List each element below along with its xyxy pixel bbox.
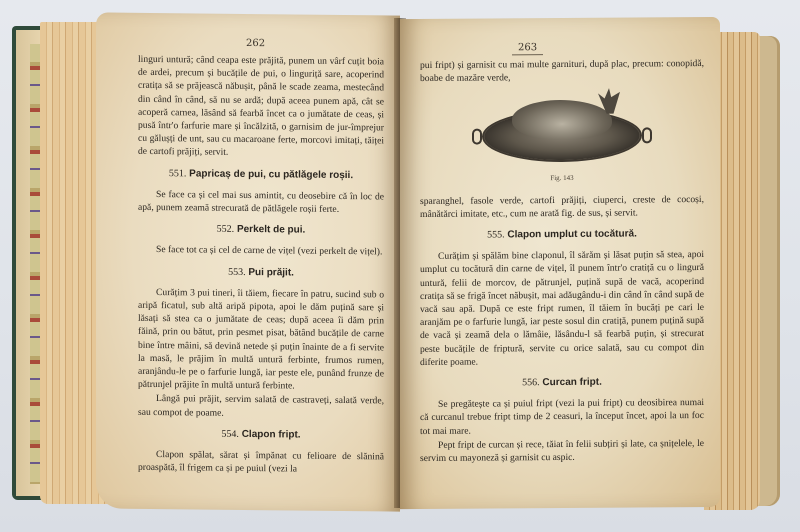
- roast-capon-illustration-icon: [472, 88, 652, 171]
- roast-bird: [512, 100, 612, 141]
- paragraph: Se pregătește ca și puiul fript (vezi la…: [420, 396, 704, 438]
- paragraph: linguri untură; când ceapa este prăjită,…: [138, 53, 384, 161]
- recipe-heading-554: 554. Clapon fript.: [138, 427, 384, 443]
- recipe-heading-555: 555. Clapon umplut cu tocătură.: [420, 227, 704, 242]
- recipe-heading-551: 551. Papricaș de pui, cu pătlăgele roșii…: [138, 166, 384, 182]
- paragraph: pui fript) și garnisit cu mai multe garn…: [420, 57, 704, 85]
- recipe-number: 555.: [487, 229, 505, 240]
- open-book-photo: 262 linguri untură; când ceapa este prăj…: [0, 0, 800, 532]
- platter-handle-right: [642, 128, 652, 144]
- right-page-text: pui fript) și garnisit cu mai multe garn…: [420, 57, 704, 466]
- recipe-number: 552.: [217, 224, 235, 235]
- paragraph: Curățim și spălăm bine claponul, îl sără…: [420, 248, 704, 369]
- recipe-number: 553.: [228, 266, 246, 277]
- recipe-title: Clapon fript.: [242, 429, 301, 441]
- paragraph: Clapon spălat, sărat și împănat cu felio…: [138, 448, 384, 477]
- recipe-heading-556: 556. Curcan fript.: [420, 375, 704, 390]
- recipe-heading-552: 552. Perkelt de pui.: [138, 222, 384, 238]
- recipe-title: Papricaș de pui, cu pătlăgele roșii.: [189, 168, 353, 181]
- left-page-text: linguri untură; când ceapa este prăjită,…: [138, 53, 384, 478]
- paragraph: Lângă pui prăjit, servim salată de castr…: [138, 392, 384, 421]
- platter-handle-left: [472, 129, 482, 145]
- recipe-number: 551.: [169, 168, 187, 179]
- left-page: 262 linguri untură; când ceapa este prăj…: [96, 12, 400, 511]
- paragraph: sparanghel, fasole verde, cartofi prăjiț…: [420, 193, 704, 221]
- page-number-right: 263: [512, 42, 543, 55]
- recipe-number: 554.: [221, 429, 239, 440]
- recipe-number: 556.: [522, 377, 540, 388]
- recipe-title: Perkelt de pui.: [237, 224, 305, 236]
- recipe-title: Pui prăjit.: [248, 267, 294, 278]
- paragraph: Curățim 3 pui tineri, îi tăiem, fiecare …: [138, 286, 384, 394]
- recipe-title: Curcan fript.: [542, 377, 601, 388]
- recipe-title: Clapon umplut cu tocătură.: [507, 228, 636, 240]
- page-number-left: 262: [246, 38, 265, 49]
- right-page: 263 pui fript) și garnisit cu mai multe …: [400, 17, 720, 509]
- paragraph: Pept fript de curcan și rece, tăiat în f…: [420, 437, 704, 465]
- paragraph: Se face tot ca și cel de carne de vițel …: [138, 243, 384, 259]
- figure-caption: Fig. 143: [420, 171, 704, 186]
- paragraph: Se face ca și cel mai sus amintit, cu de…: [138, 188, 384, 217]
- recipe-heading-553: 553. Pui prăjit.: [138, 264, 384, 280]
